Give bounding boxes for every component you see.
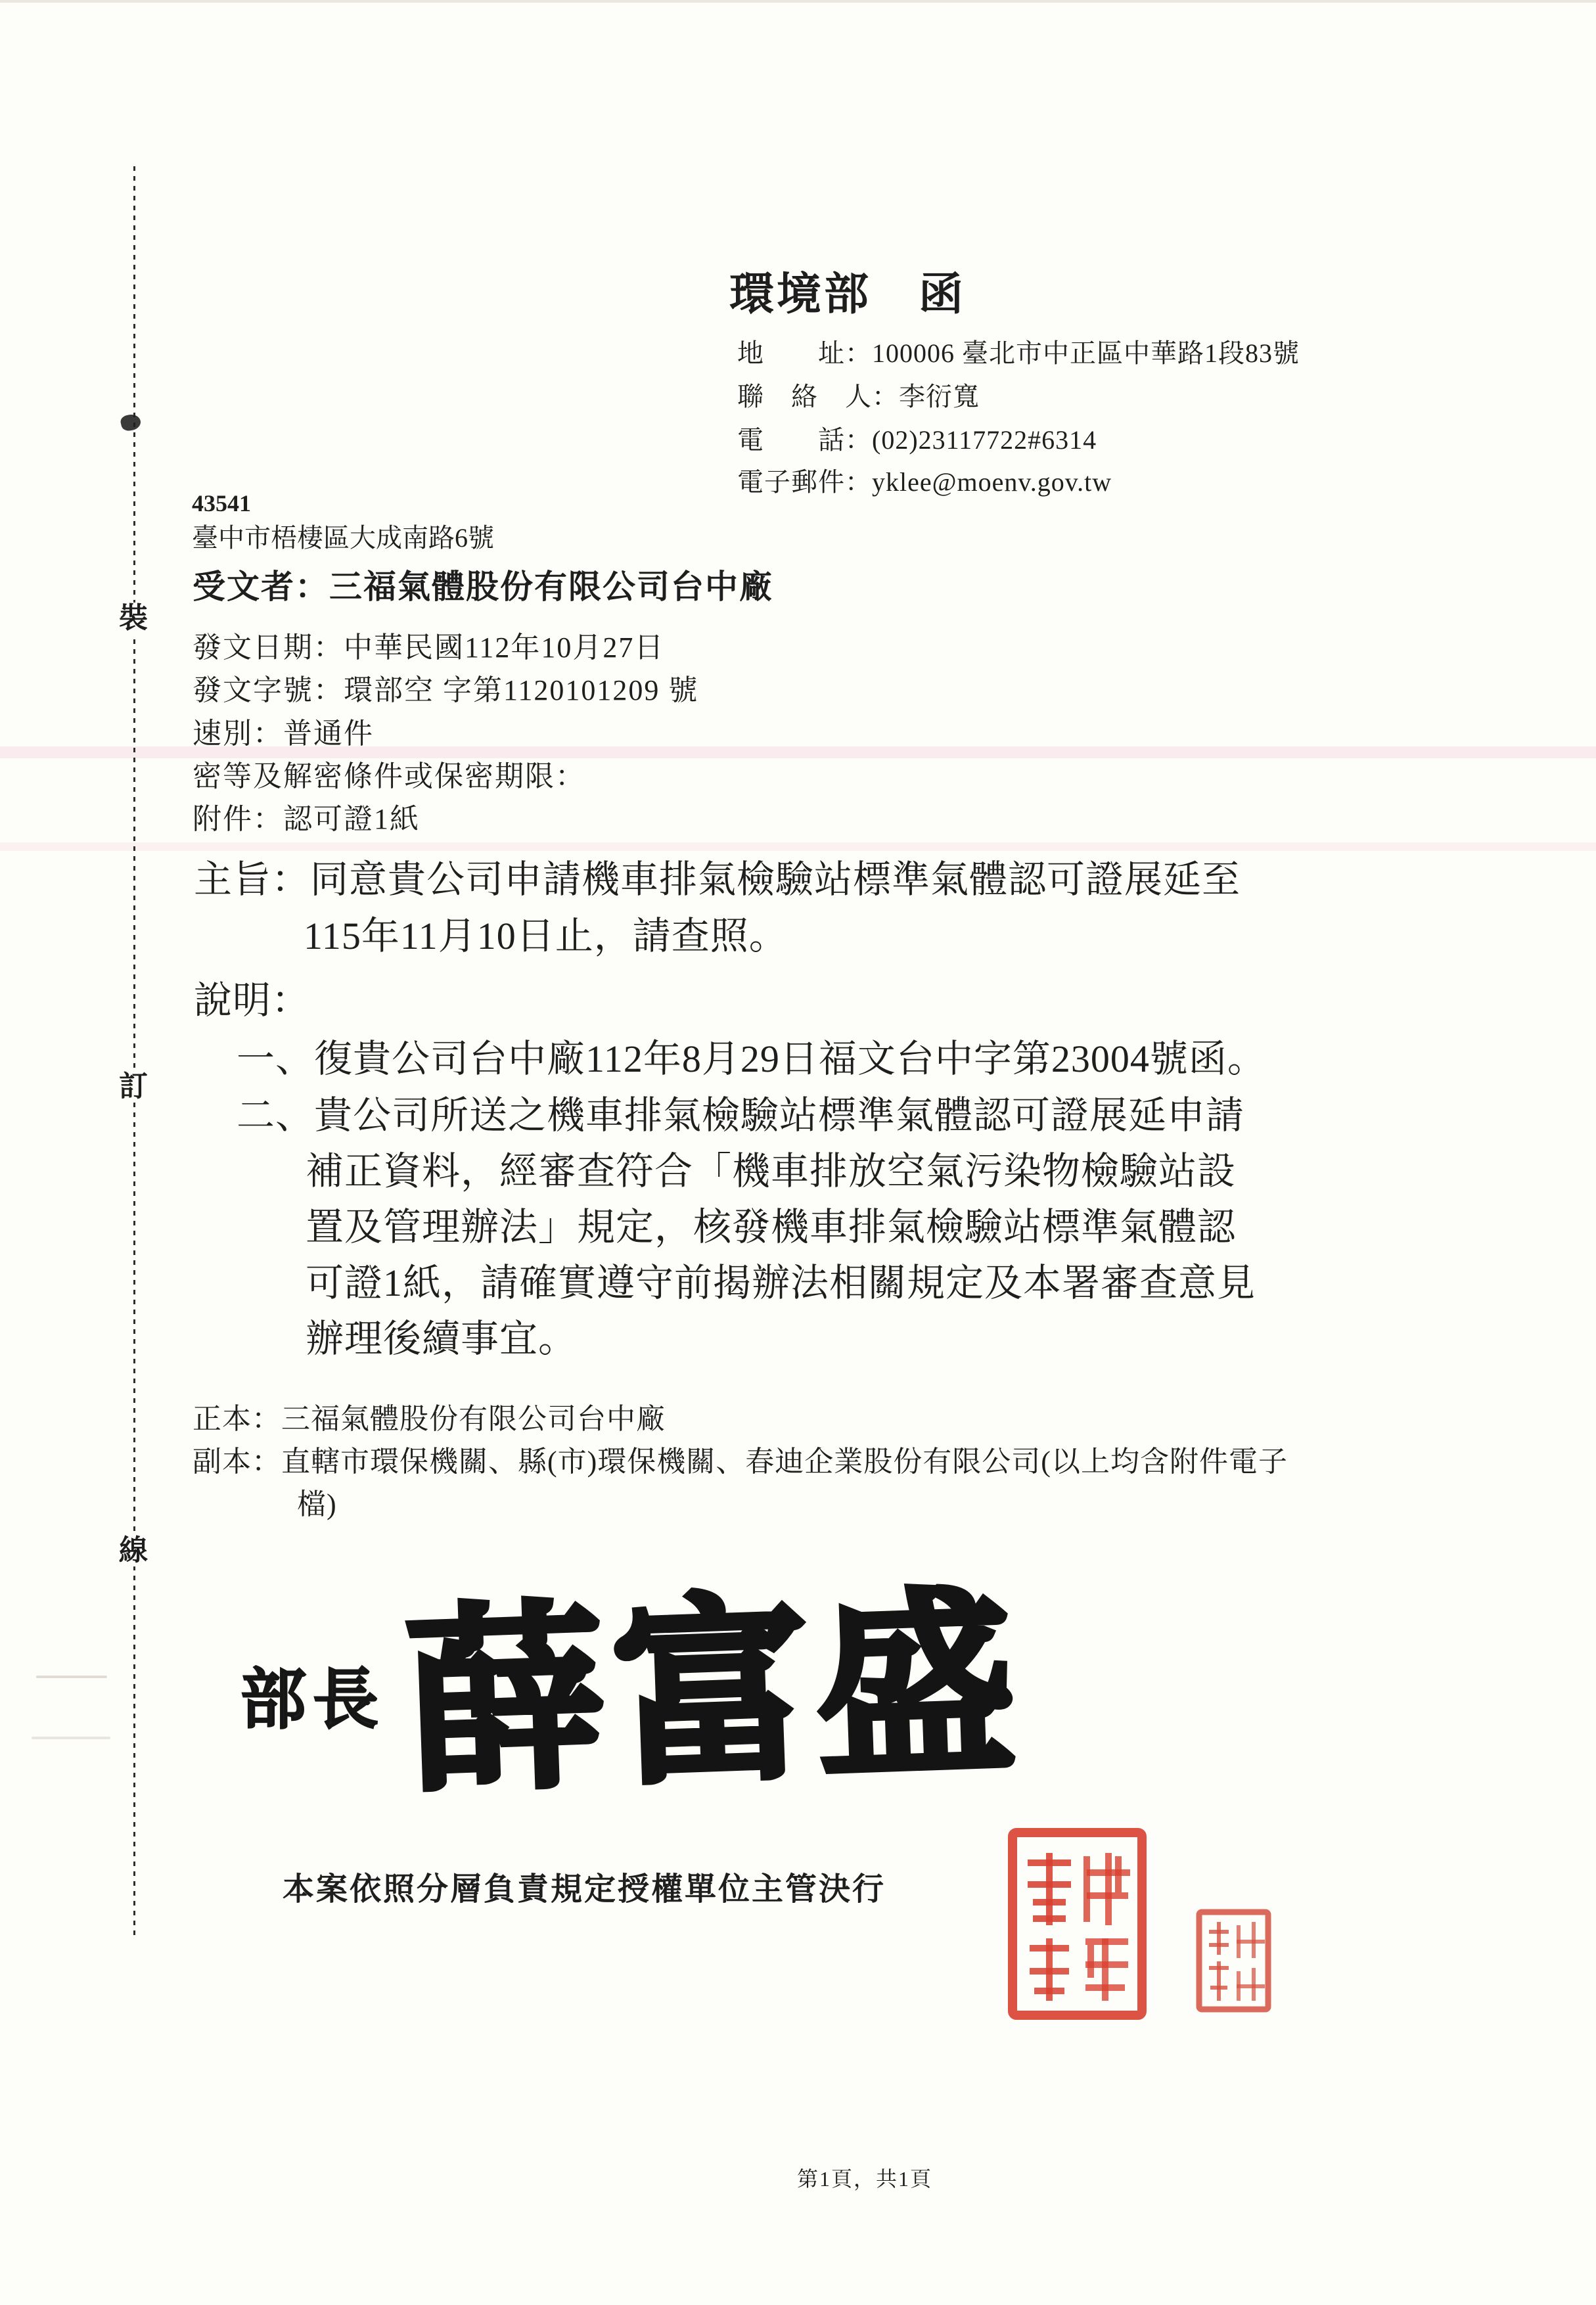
sender-address-value: 100006 臺北市中正區中華路1段83號 [872,338,1300,368]
cc-label: 副本： [193,1446,281,1478]
minister-signature-calligraphy: 薛富盛 [404,1586,1026,1804]
explanation-item-2-line-3: 置及管理辦法」規定，核發機車排氣檢驗站標準氣體認 [306,1208,1236,1246]
agency-title: 環境部 函 [729,272,966,317]
minister-title: 部長 [240,1668,385,1733]
subject-label: 主旨： [194,858,310,901]
sender-address-label: 地 址： [737,338,872,368]
ink-smudge [120,413,142,432]
sender-email-value: yklee@moenv.gov.tw [872,467,1112,497]
explanation-item-2-line-5: 辦理後續事宜。 [306,1320,577,1358]
binding-mark-xian: 線 [119,1535,148,1566]
explanation-item-2-line-2: 補正資料，經審查符合「機車排放空氣污染物檢驗站設 [306,1152,1236,1191]
security-line: 密等及解密條件或保密期限： [193,762,585,791]
item-2-text-1: 貴公司所送之機車排氣檢驗站標準氣體認可證展延申請 [314,1094,1244,1137]
binding-mark-zhuang: 裝 [119,603,148,634]
item-1-number: 一、 [237,1038,314,1080]
scanned-official-letter: { "page": { "bg": "#fdfdfa", "ink": "#1e… [0,0,1596,2305]
recipient-line: 受文者：三福氣體股份有限公司台中廠 [193,570,773,603]
item-1-text: 復貴公司台中廠112年8月29日福文台中字第23004號函。 [314,1038,1266,1080]
recipient-zip: 43541 [192,491,251,515]
speed-label: 速別： [193,718,283,750]
scan-pink-band [0,842,1596,851]
scan-artifact-dash [32,1737,110,1739]
subject-line-2: 115年11月10日止，請查照。 [304,917,788,955]
scan-top-edge-line [0,0,1596,3]
sender-phone-label: 電 話： [737,425,872,455]
speed-value: 普通件 [283,718,374,750]
attachment-label: 附件： [193,803,283,835]
delegation-note: 本案依照分層負責規定授權單位主管決行 [283,1874,886,1906]
sender-email-label: 電子郵件： [737,467,872,497]
sender-contact-label: 聯 絡 人： [737,382,899,411]
original-copy-line: 正本：三福氣體股份有限公司台中廠 [193,1405,666,1434]
sender-address-line: 地 址：100006 臺北市中正區中華路1段83號 [737,340,1300,367]
cc-value-1: 直轄市環保機關、縣(市)環保機關、春迪企業股份有限公司(以上均含附件電子 [281,1446,1288,1478]
cc-line-2: 檔) [297,1490,337,1519]
sender-contact-value: 李衍寬 [899,382,980,411]
sender-phone-line: 電 話：(02)23117722#6314 [737,427,1097,453]
item-2-number: 二、 [237,1094,314,1137]
issue-date-label: 發文日期： [193,631,344,664]
explanation-item-2-line-1: 二、貴公司所送之機車排氣檢驗站標準氣體認可證展延申請 [237,1097,1244,1135]
sender-email-line: 電子郵件：yklee@moenv.gov.tw [737,469,1112,495]
subject-text-1: 同意貴公司申請機車排氣檢驗站標準氣體認可證展延至 [310,858,1241,901]
subject-line-1: 主旨：同意貴公司申請機車排氣檢驗站標準氣體認可證展延至 [194,861,1241,899]
binding-dotted-line [133,166,135,1940]
explanation-item-1: 一、復貴公司台中廠112年8月29日福文台中字第23004號函。 [237,1040,1266,1078]
original-copy-label: 正本： [193,1403,281,1435]
explanation-heading: 說明： [194,982,310,1020]
issue-date-line: 發文日期：中華民國112年10月27日 [193,633,664,662]
scan-artifact-dash [36,1676,107,1678]
sender-contact-line: 聯 絡 人：李衍寬 [737,384,980,410]
attachment-value: 認可證1紙 [283,803,420,835]
attachment-line: 附件：認可證1紙 [193,805,420,834]
recipient-label: 受文者： [193,568,329,605]
red-seal-small-icon [1196,1909,1271,2016]
cc-line-1: 副本：直轄市環保機關、縣(市)環保機關、春迪企業股份有限公司(以上均含附件電子 [193,1448,1288,1476]
explanation-item-2-line-4: 可證1紙，請確實遵守前揭辦法相關規定及本署審查意見 [306,1264,1256,1302]
page-number: 第1頁，共1頁 [797,2168,932,2189]
security-label: 密等及解密條件或保密期限： [193,760,585,792]
sender-phone-value: (02)23117722#6314 [872,425,1097,455]
recipient-address: 臺中市梧棲區大成南路6號 [192,525,494,551]
recipient-name: 三福氣體股份有限公司台中廠 [329,568,773,605]
original-copy-value: 三福氣體股份有限公司台中廠 [281,1403,666,1435]
issue-date-value: 中華民國112年10月27日 [344,631,664,664]
doc-number-line: 發文字號：環部空 字第1120101209 號 [193,676,698,705]
doc-number-label: 發文字號： [193,674,344,706]
red-seal-large-icon [1007,1827,1148,2024]
speed-line: 速別：普通件 [193,719,374,748]
doc-number-value: 環部空 字第1120101209 號 [344,674,698,706]
binding-mark-ding: 訂 [119,1071,148,1103]
